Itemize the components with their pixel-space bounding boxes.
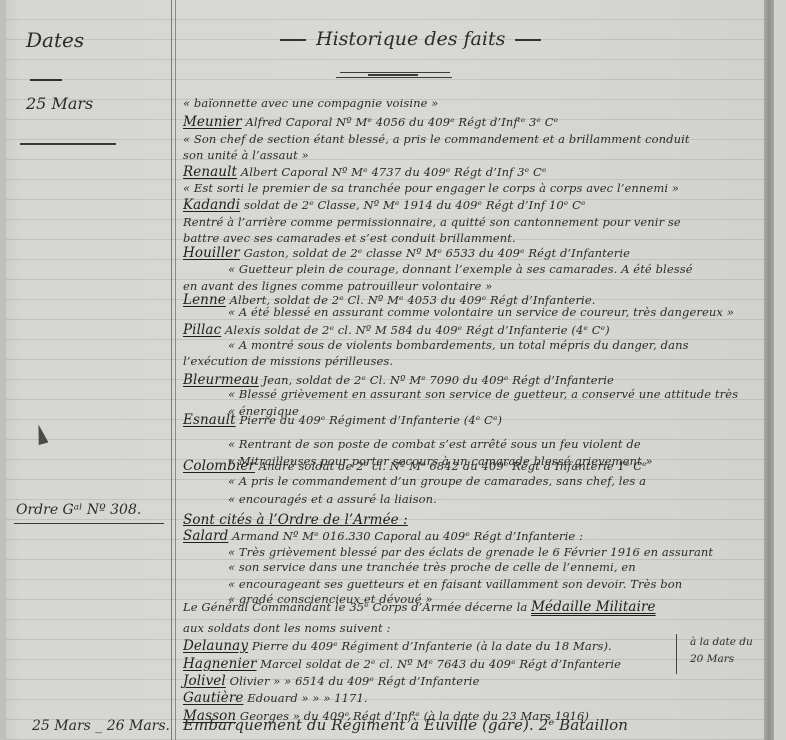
line-text: Le Général Commandant le 35ᵉ Corps d’Arm…	[183, 600, 527, 614]
line-text: battre avec ses camarades et s’est condu…	[183, 231, 516, 245]
line-text: son unité à l’assaut »	[183, 148, 309, 162]
line-text: soldat de 2ᵉ Classe, Nº Mᵉ 1914 du 409ᵉ …	[244, 198, 586, 212]
soldier-name: Gautière	[183, 690, 244, 706]
bracket	[676, 634, 677, 674]
text-line: « Est sorti le premier de sa tranchée po…	[183, 181, 679, 195]
date-entry: 25 Mars	[26, 94, 93, 113]
text-line: « Très grièvement blessé par des éclats …	[228, 545, 713, 559]
journal-page: Dates Historique des faits 25 Mars Ordre…	[0, 0, 786, 740]
title-underline	[368, 74, 418, 76]
text-line: « encouragés et a assuré la liaison.	[228, 492, 437, 506]
text-line: l’exécution de missions périlleuses.	[183, 354, 393, 368]
dates-column-header: Dates	[26, 28, 84, 52]
text-line: « A montré sous de violents bombardement…	[228, 338, 689, 352]
line-text: Pierre du 409ᵉ Régiment d’Infanterie (à …	[252, 639, 612, 653]
line-text: Albert Caporal Nº Mᵉ 4737 du 409ᵉ Régt d…	[241, 165, 547, 179]
text-line: « Blessé grièvement en assurant son serv…	[228, 387, 738, 401]
line-text: Armand Nº Mᵉ 016.330 Caporal au 409ᵉ Rég…	[232, 529, 583, 543]
page-binding	[764, 0, 774, 740]
line-text: Pierre du 409ᵉ Régiment d’Infanterie (4ᵉ…	[239, 413, 502, 427]
line-text: « Blessé grièvement en assurant son serv…	[228, 387, 738, 401]
citation-entry: Colombier André soldat de 2ᵉ cl. Nº Mᵉ 6…	[183, 458, 647, 474]
title-dash	[280, 39, 306, 41]
ink-mark	[34, 423, 49, 445]
line-text: « Son chef de section étant blessé, a pr…	[183, 132, 690, 146]
date-entry: Ordre Gᵃˡ Nº 308.	[16, 502, 141, 518]
line-text: en avant des lignes comme patrouilleur v…	[183, 279, 492, 293]
soldier-name: Salard	[183, 528, 228, 544]
date-rule	[20, 143, 116, 145]
line-text: « son service dans une tranchée très pro…	[228, 560, 636, 574]
citation-entry: Hagnenier Marcel soldat de 2ᵉ cl. Nº Mᵉ …	[183, 656, 621, 672]
page-margin	[774, 0, 786, 740]
soldier-name: Hagnenier	[183, 656, 257, 672]
line-text: l’exécution de missions périlleuses.	[183, 354, 393, 368]
line-text: « encouragés et a assuré la liaison.	[228, 492, 437, 506]
title-underline	[340, 72, 450, 73]
line-text: « A été blessé en assurant comme volonta…	[228, 305, 734, 319]
text-line: Embarquement du Régiment à Euville (gare…	[183, 716, 628, 734]
page-edge	[0, 0, 6, 740]
soldier-name: Colombier	[183, 458, 255, 474]
line-text: Embarquement du Régiment à Euville (gare…	[183, 716, 628, 734]
title-dash	[515, 39, 541, 41]
line-text: Gaston, soldat de 2ᵉ classe Nº Mᵉ 6533 d…	[244, 246, 631, 260]
line-text: Marcel soldat de 2ᵉ cl. Nº Mᵉ 7643 du 40…	[260, 657, 621, 671]
citation-entry: Esnault Pierre du 409ᵉ Régiment d’Infant…	[183, 412, 502, 428]
text-line: « baïonnette avec une compagnie voisine …	[183, 96, 438, 110]
citation-entry: Delaunay Pierre du 409ᵉ Régiment d’Infan…	[183, 638, 612, 654]
text-line: battre avec ses camarades et s’est condu…	[183, 231, 516, 245]
column-divider	[171, 0, 172, 740]
title-underline	[336, 77, 452, 78]
soldier-name: Jolivel	[183, 673, 226, 689]
header-rule	[30, 79, 62, 81]
soldier-name: Pillac	[183, 322, 221, 338]
text-line: son unité à l’assaut »	[183, 148, 309, 162]
line-text: « A pris le commandement d’un groupe de …	[228, 474, 646, 488]
citation-entry: Bleurmeau Jean, soldat de 2ᵉ Cl. Nº Mᵉ 7…	[183, 372, 614, 388]
text-line: « son service dans une tranchée très pro…	[228, 560, 636, 574]
line-text: « Rentrant de son poste de combat s’est …	[228, 437, 641, 451]
line-text: « Guetteur plein de courage, donnant l’e…	[228, 262, 693, 276]
line-text: Edouard » » » 1171.	[247, 691, 367, 705]
page-title-text: Historique des faits	[316, 28, 505, 50]
line-text: André soldat de 2ᵉ cl. Nº Mᵉ 6842 du 409…	[259, 459, 647, 473]
soldier-name: Houiller	[183, 245, 240, 261]
line-text: Alfred Caporal Nº Mᵉ 4056 du 409ᵉ Régt d…	[245, 115, 558, 129]
column-divider	[175, 0, 176, 740]
citation-entry: Gautière Edouard » » » 1171.	[183, 690, 368, 706]
citation-entry: Renault Albert Caporal Nº Mᵉ 4737 du 409…	[183, 164, 546, 180]
soldier-name: Kadandi	[183, 197, 240, 213]
section-heading: Sont cités à l’Ordre de l’Armée :	[183, 512, 408, 528]
date-entry: 25 Mars _ 26 Mars.	[32, 718, 170, 734]
text-line: Le Général Commandant le 35ᵉ Corps d’Arm…	[183, 599, 656, 615]
citation-entry: Houiller Gaston, soldat de 2ᵉ classe Nº …	[183, 245, 630, 261]
text-line: aux soldats dont les noms suivent :	[183, 621, 390, 635]
text-line: « encourageant ses guetteurs et en faisa…	[228, 577, 682, 591]
line-text: Olivier » » 6514 du 409ᵉ Régt d’Infanter…	[230, 674, 480, 688]
line-text: « A montré sous de violents bombardement…	[228, 338, 689, 352]
line-text: aux soldats dont les noms suivent :	[183, 621, 390, 635]
citation-entry: Jolivel Olivier » » 6514 du 409ᵉ Régt d’…	[183, 673, 479, 689]
text-line: en avant des lignes comme patrouilleur v…	[183, 279, 492, 293]
soldier-name: Bleurmeau	[183, 372, 259, 388]
soldier-name: Renault	[183, 164, 237, 180]
line-text: Rentré à l’arrière comme permissionnaire…	[183, 215, 681, 229]
text-line: Rentré à l’arrière comme permissionnaire…	[183, 215, 681, 229]
medal-name: Médaille Militaire	[531, 599, 656, 615]
citation-entry: Kadandi soldat de 2ᵉ Classe, Nº Mᵉ 1914 …	[183, 197, 586, 213]
page-title: Historique des faits	[270, 28, 551, 50]
text-line: « A été blessé en assurant comme volonta…	[228, 305, 734, 319]
soldier-name: Meunier	[183, 114, 242, 130]
soldier-name: Delaunay	[183, 638, 248, 654]
line-text: « encourageant ses guetteurs et en faisa…	[228, 577, 682, 591]
line-text: « Est sorti le premier de sa tranchée po…	[183, 181, 679, 195]
citation-entry: Meunier Alfred Caporal Nº Mᵉ 4056 du 409…	[183, 114, 558, 130]
citation-entry: Salard Armand Nº Mᵉ 016.330 Caporal au 4…	[183, 528, 583, 544]
soldier-name: Esnault	[183, 412, 236, 428]
text-line: « Guetteur plein de courage, donnant l’e…	[228, 262, 693, 276]
text-line: « Son chef de section étant blessé, a pr…	[183, 132, 690, 146]
date-rule	[14, 523, 164, 524]
line-text: Alexis soldat de 2ᵉ cl. Nº M 584 du 409ᵉ…	[225, 323, 610, 337]
text-line: « A pris le commandement d’un groupe de …	[228, 474, 646, 488]
citation-entry: Pillac Alexis soldat de 2ᵉ cl. Nº M 584 …	[183, 322, 610, 338]
line-text: « Très grièvement blessé par des éclats …	[228, 545, 713, 559]
text-line: « Rentrant de son poste de combat s’est …	[228, 437, 641, 451]
line-text: Jean, soldat de 2ᵉ Cl. Nº Mᵉ 7090 du 409…	[263, 373, 614, 387]
line-text: « baïonnette avec une compagnie voisine …	[183, 96, 438, 110]
section-heading-text: Sont cités à l’Ordre de l’Armée :	[183, 512, 408, 528]
soldier-name: Lenne	[183, 292, 226, 308]
bracket-note: à la date du 20 Mars	[690, 634, 760, 668]
